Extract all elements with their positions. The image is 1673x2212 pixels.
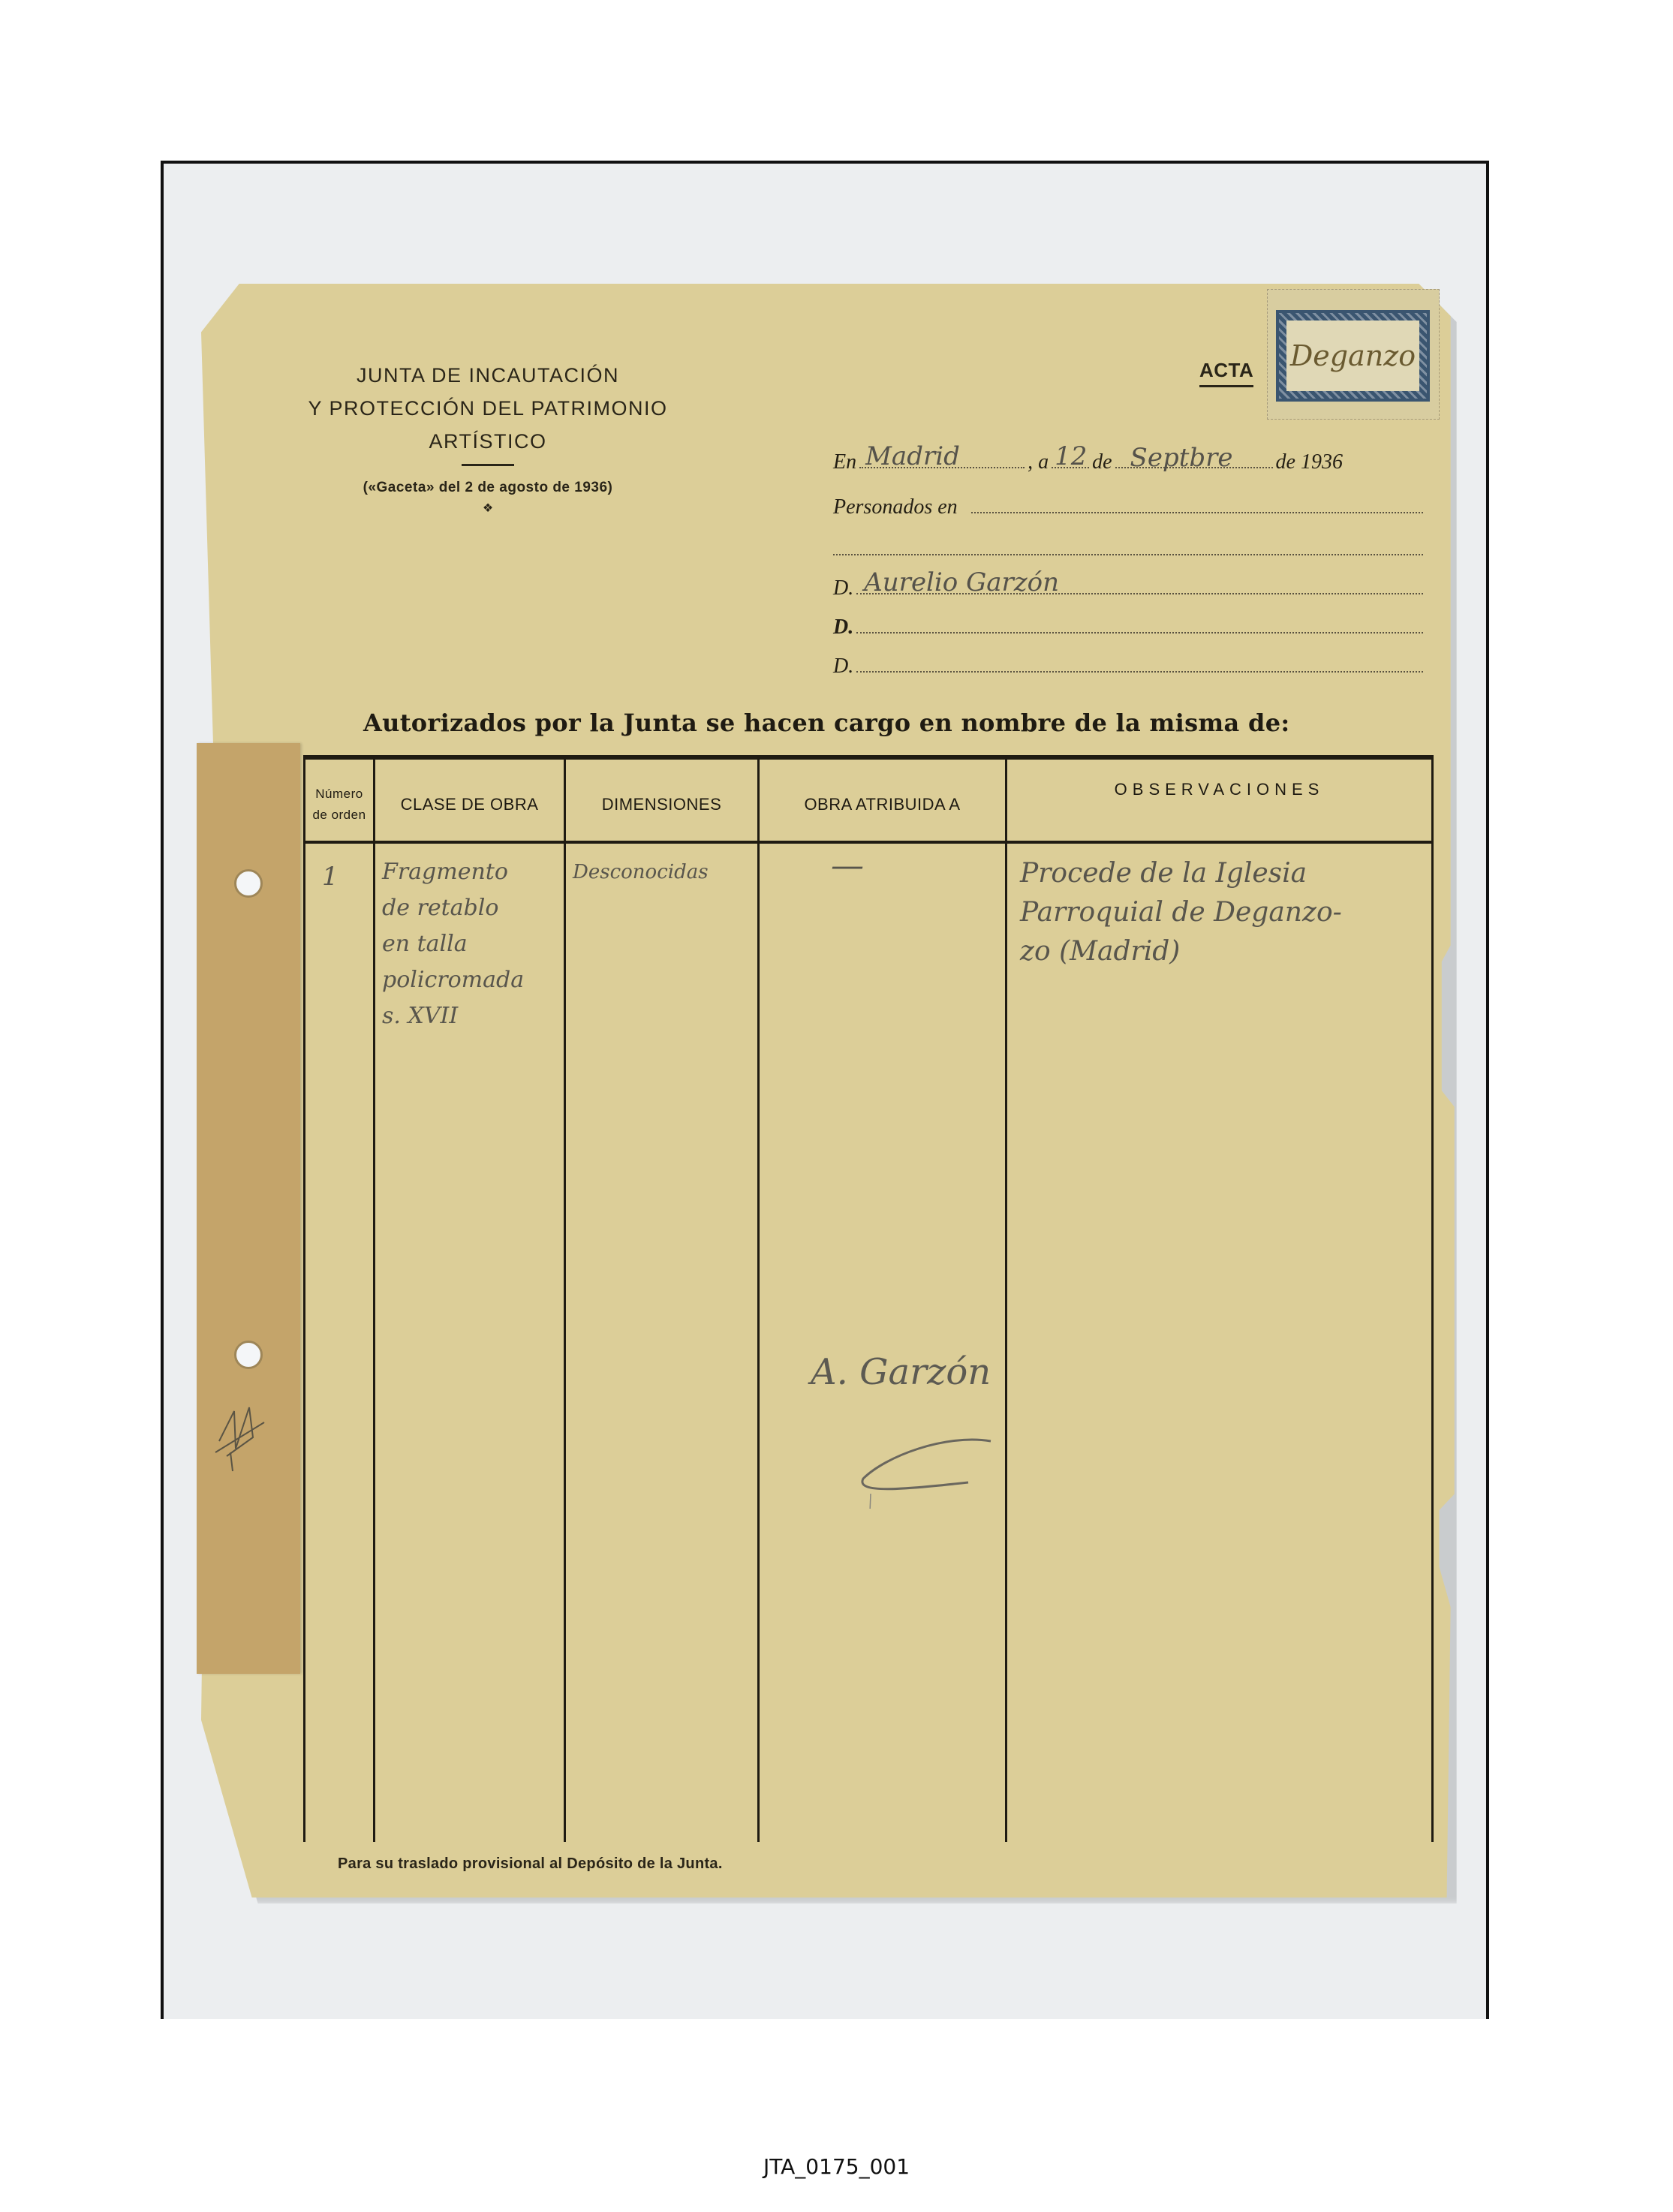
a-label: , a: [1028, 450, 1049, 474]
month-field: Septbre: [1115, 466, 1273, 468]
folder-binding-strip: [197, 743, 300, 1674]
column-header-numero-line1: Número: [315, 784, 363, 805]
column-header-clase: CLASE DE OBRA: [375, 775, 564, 835]
cell-observaciones: Procede de la Iglesia Parroquial de Dega…: [1020, 854, 1342, 971]
cell-clase-line: s. XVII: [382, 998, 524, 1034]
authorization-statement: Autorizados por la Junta se hacen cargo …: [363, 709, 1289, 737]
person-name-1: Aurelio Garzón: [864, 567, 1059, 597]
cell-clase-line: Fragmento: [382, 854, 524, 890]
day-field: 12: [1052, 466, 1089, 468]
date-place-row: En Madrid , a 12 de Septbre de 1936: [833, 435, 1426, 474]
en-label: En: [833, 450, 856, 474]
de-label: de: [1092, 450, 1112, 474]
column-header-atribuida: OBRA ATRIBUIDA A: [760, 775, 1005, 835]
column-divider: [373, 760, 375, 1842]
column-divider: [1005, 760, 1007, 1842]
column-header-dimensiones: DIMENSIONES: [566, 775, 757, 835]
cell-clase-line: policromada: [382, 962, 524, 998]
letterhead-line-3: ARTÍSTICO: [300, 425, 676, 458]
day-handwritten: 12: [1055, 441, 1087, 471]
month-handwritten: Septbre: [1130, 443, 1233, 473]
person-prefix-1: D.: [833, 576, 853, 600]
inventory-table: Número de orden CLASE DE OBRA DIMENSIONE…: [303, 755, 1434, 1842]
punch-hole-icon: [234, 869, 263, 898]
person-row-2: D.: [833, 600, 1426, 640]
place-field: Madrid: [859, 466, 1025, 468]
column-divider: [757, 760, 760, 1842]
person-field-1: Aurelio Garzón: [856, 592, 1423, 594]
file-id-label: JTA_0175_001: [0, 2154, 1673, 2179]
acta-label: ACTA: [1199, 359, 1253, 387]
year-label: de 1936: [1276, 450, 1343, 474]
personados-continuation-row: [833, 519, 1426, 561]
cell-atribuida: —: [831, 848, 864, 884]
person-prefix-2: D.: [833, 615, 853, 640]
ornament-icon: ❖: [300, 501, 676, 516]
personados-continuation-field: [833, 553, 1423, 555]
column-header-observaciones: OBSERVACIONES: [1007, 767, 1431, 812]
cell-dimensiones: Desconocidas: [573, 854, 709, 890]
acta-form-fields: En Madrid , a 12 de Septbre de 1936 Pers…: [833, 435, 1426, 679]
pencil-mark-icon: [212, 1396, 272, 1479]
cell-numero: 1: [322, 859, 339, 895]
cell-observaciones-line: Procede de la Iglesia: [1020, 854, 1342, 893]
cell-observaciones-line: zo (Madrid): [1020, 932, 1342, 971]
letterhead-rule: [462, 464, 514, 466]
gaceta-reference: («Gaceta» del 2 de agosto de 1936): [300, 480, 676, 496]
column-header-numero-line2: de orden: [312, 805, 366, 826]
stamp-handwritten-place: Deganzo: [1286, 321, 1419, 391]
footer-note: Para su traslado provisional al Depósito…: [338, 1855, 723, 1873]
person-field-3: [856, 670, 1423, 673]
punch-hole-icon: [234, 1341, 263, 1369]
personados-row: Personados en: [833, 480, 1426, 519]
header-separator: [305, 841, 1431, 844]
acta-stamp: Deganzo: [1276, 310, 1430, 402]
cell-clase: Fragmento de retablo en talla policromad…: [382, 854, 524, 1034]
signature: A. Garzón: [811, 1351, 991, 1393]
cell-observaciones-line: Parroquial de Deganzo-: [1020, 893, 1342, 932]
personados-field: [971, 511, 1423, 513]
person-prefix-3: D.: [833, 655, 853, 679]
cell-clase-line: de retablo: [382, 890, 524, 926]
person-row-1: D. Aurelio Garzón: [833, 561, 1426, 600]
person-field-2: [856, 631, 1423, 634]
cell-clase-line: en talla: [382, 926, 524, 962]
signature-flourish-icon: [856, 1426, 1006, 1509]
place-handwritten: Madrid: [865, 441, 960, 471]
person-row-3: D.: [833, 640, 1426, 679]
column-divider: [564, 760, 566, 1842]
personados-label: Personados en: [833, 495, 958, 519]
letterhead: JUNTA DE INCAUTACIÓN Y PROTECCIÓN DEL PA…: [300, 359, 676, 516]
letterhead-line-2: Y PROTECCIÓN DEL PATRIMONIO: [300, 392, 676, 425]
letterhead-line-1: JUNTA DE INCAUTACIÓN: [300, 359, 676, 392]
column-header-numero: Número de orden: [305, 775, 373, 835]
